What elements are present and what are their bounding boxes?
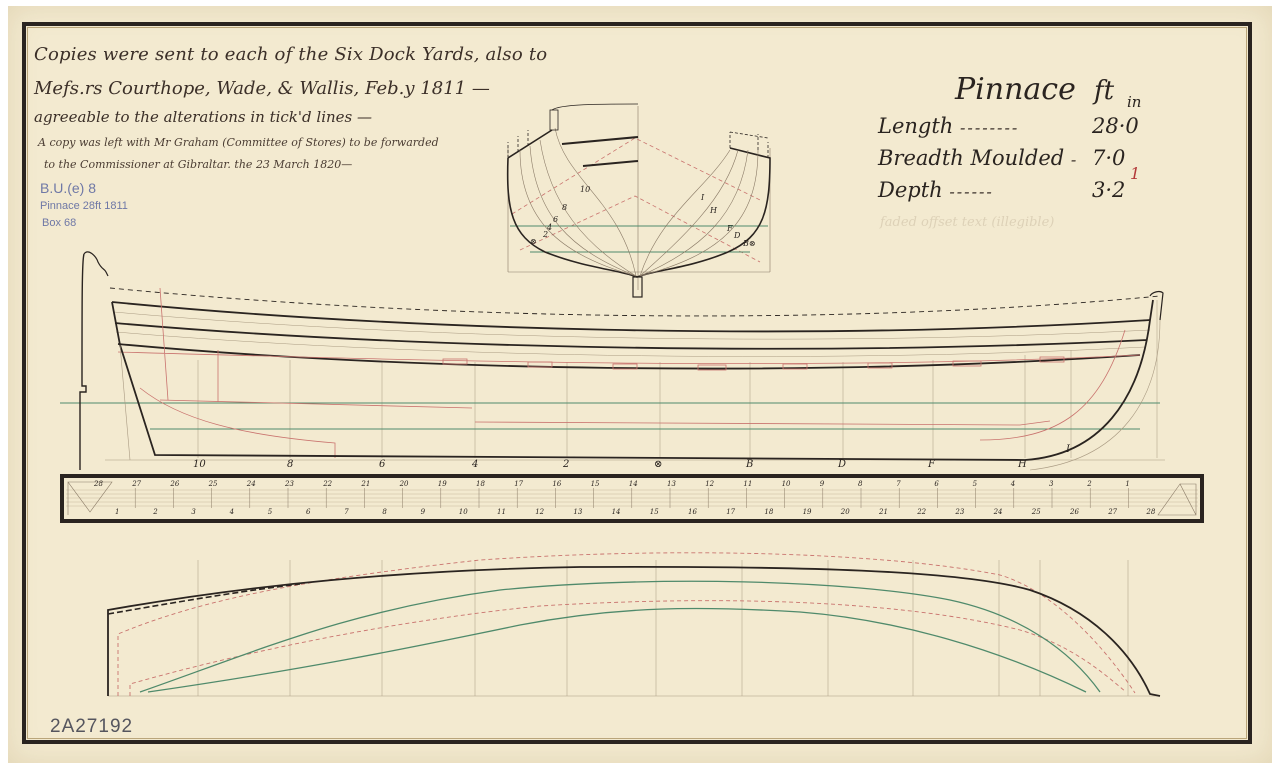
scale-number-bottom: 18 — [764, 508, 773, 516]
scale-number-top: 15 — [591, 480, 600, 488]
scale-number-bottom: 25 — [1031, 508, 1041, 516]
scale-number-bottom: 12 — [535, 508, 544, 516]
scale-number-bottom: 9 — [421, 508, 426, 516]
section-label: D — [733, 231, 741, 240]
scale-number-top: 6 — [934, 480, 939, 488]
archive-reference-number: 2A27192 — [50, 716, 133, 738]
lines-plan-drawing: 10 8 6 4 2 ⊗ I H F D B⊗ — [0, 0, 1280, 770]
scale-number-top: 8 — [858, 480, 863, 488]
scale-number-top: 20 — [399, 480, 409, 488]
scale-number-top: 12 — [705, 480, 714, 488]
scale-number-top: 19 — [438, 480, 447, 488]
scale-number-top: 25 — [208, 480, 218, 488]
station-label: ⊗ — [654, 459, 662, 470]
scale-number-bottom: 5 — [268, 508, 273, 516]
section-label: F — [726, 224, 733, 233]
body-plan: 10 8 6 4 2 ⊗ I H F D B⊗ — [508, 104, 770, 297]
station-label: F — [927, 459, 936, 470]
scale-number-top: 4 — [1010, 480, 1015, 488]
scale-number-bottom: 4 — [229, 508, 234, 516]
section-label: 2 — [542, 230, 548, 239]
scale-number-bottom: 10 — [459, 508, 468, 516]
scale-number-top: 1 — [1125, 480, 1129, 488]
scale-number-top: 13 — [667, 480, 676, 488]
scale-number-bottom: 21 — [878, 508, 888, 516]
section-label: 10 — [580, 185, 590, 194]
section-label: ⊗ — [530, 237, 537, 246]
scale-number-top: 3 — [1049, 480, 1054, 488]
scale-number-bottom: 1 — [115, 508, 119, 516]
scale-number-bottom: 19 — [803, 508, 812, 516]
sheer-plan: 10 8 6 4 2 ⊗ B D F H I — [60, 252, 1165, 470]
scale-number-top: 2 — [1086, 480, 1092, 488]
scale-number-bottom: 13 — [573, 508, 582, 516]
section-label: I — [700, 193, 705, 202]
scale-number-bottom: 16 — [688, 508, 697, 516]
scale-number-top: 9 — [820, 480, 825, 488]
scale-number-top: 18 — [476, 480, 485, 488]
section-label: 8 — [562, 203, 567, 212]
section-label: H — [709, 206, 718, 215]
scale-number-top: 10 — [782, 480, 791, 488]
station-label: B — [745, 459, 753, 470]
scale-number-bottom: 7 — [344, 508, 349, 516]
scale-number-top: 17 — [514, 480, 523, 488]
station-label: 10 — [193, 459, 206, 470]
station-label: 2 — [562, 459, 569, 470]
station-label: H — [1017, 459, 1027, 470]
scale-number-bottom: 8 — [382, 508, 387, 516]
scale-number-bottom: 11 — [497, 508, 506, 516]
scale-number-bottom: 15 — [650, 508, 659, 516]
scale-number-top: 7 — [896, 480, 901, 488]
section-label: 6 — [553, 215, 558, 224]
scale-number-bottom: 23 — [954, 508, 964, 516]
section-label: B⊗ — [742, 239, 756, 248]
scale-number-bottom: 17 — [726, 508, 735, 516]
scale-number-top: 23 — [284, 480, 294, 488]
scale-bar: 2827262524232221201918171615141312111098… — [62, 476, 1202, 521]
scale-number-bottom: 24 — [993, 508, 1003, 516]
station-label: 4 — [471, 459, 478, 470]
scale-number-top: 24 — [246, 480, 256, 488]
scale-number-bottom: 14 — [612, 508, 621, 516]
scale-number-top: 14 — [629, 480, 638, 488]
scale-number-bottom: 2 — [152, 508, 158, 516]
scale-number-top: 16 — [552, 480, 561, 488]
scale-number-bottom: 6 — [306, 508, 311, 516]
scale-number-top: 11 — [743, 480, 752, 488]
scale-number-bottom: 20 — [840, 508, 850, 516]
scale-number-top: 21 — [360, 480, 370, 488]
scale-number-bottom: 28 — [1145, 508, 1155, 516]
scale-number-top: 26 — [169, 480, 179, 488]
scale-number-top: 28 — [93, 480, 103, 488]
half-breadth-plan — [108, 553, 1160, 696]
station-label: 6 — [379, 459, 386, 470]
scale-number-top: 27 — [131, 480, 141, 488]
scale-number-top: 22 — [322, 480, 332, 488]
station-label: D — [837, 459, 846, 470]
scale-number-bottom: 3 — [191, 508, 196, 516]
scale-number-bottom: 22 — [916, 508, 926, 516]
station-label: 8 — [287, 459, 293, 470]
scale-number-bottom: 27 — [1107, 508, 1117, 516]
scale-number-top: 5 — [973, 480, 978, 488]
scale-number-bottom: 26 — [1069, 508, 1079, 516]
